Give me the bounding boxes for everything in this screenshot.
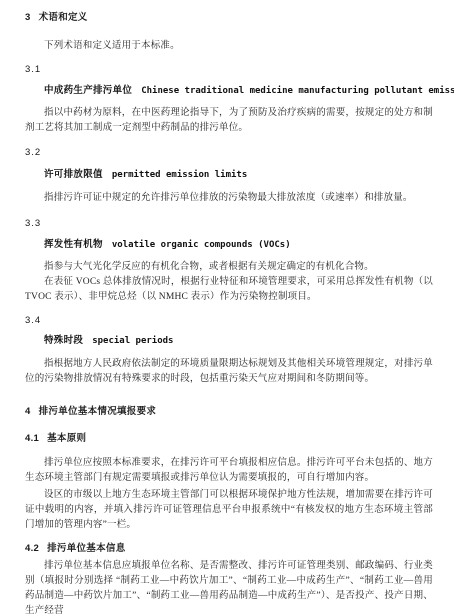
section-4-2-paragraph-1: 排污单位基本信息应填报单位名称、是否需整改、排污许可证管理类别、邮政编码、行业类… [25,559,433,616]
term-3-2: 许可排放限值permitted emission limits [25,167,433,183]
section-4-heading: 4排污单位基本情况填报要求 [25,404,433,419]
clause-3-2-number: 3.2 [25,145,433,160]
term-3-4-definition: 指根据地方人民政府依法制定的环境质量限期达标规划及其他相关环境管理规定，对排污单… [25,357,433,387]
section-4-2-heading: 4.2排污单位基本信息 [25,541,433,556]
term-3-3-chinese: 挥发性有机物 [44,239,103,250]
section-3-number: 3 [25,12,31,23]
term-3-1-english: Chinese traditional medicine manufacturi… [141,86,454,96]
term-3-2-english: permitted emission limits [112,170,247,180]
section-4-title: 排污单位基本情况填报要求 [39,406,157,417]
term-3-3-definition-2: 在表征 VOCs 总体排放情况时，根据行业特征和环境管理要求，可采用总挥发性有机… [25,275,433,305]
term-3-3: 挥发性有机物volatile organic compounds (VOCs) [25,237,433,253]
document-page: 3术语和定义 下列术语和定义适用于本标准。 3.1 中成药生产排污单位Chine… [0,0,454,616]
section-4-1-heading: 4.1基本原则 [25,431,433,446]
term-3-3-definition-1: 指参与大气光化学反应的有机化合物，或者根据有关规定确定的有机化合物。 [25,260,433,275]
section-4-1-number: 4.1 [25,433,39,444]
section-3-intro: 下列术语和定义适用于本标准。 [25,39,433,54]
section-3-heading: 3术语和定义 [25,10,433,25]
term-3-4-english: special periods [92,336,173,346]
clause-3-4-number: 3.4 [25,313,433,328]
term-3-1: 中成药生产排污单位Chinese traditional medicine ma… [25,83,433,99]
section-4-2-number: 4.2 [25,543,39,554]
clause-3-3-number: 3.3 [25,216,433,231]
term-3-2-definition: 指排污许可证中规定的允许排污单位排放的污染物最大排放浓度（或速率）和排放量。 [25,191,433,206]
term-3-4-chinese: 特殊时段 [44,335,83,346]
section-4-2-title: 排污单位基本信息 [47,543,125,554]
term-3-3-english: volatile organic compounds (VOCs) [112,240,291,250]
section-4-1-paragraph-2: 设区的市级以上地方生态环境主管部门可以根据环境保护地方性法规，增加需要在排污许可… [25,488,433,533]
term-3-1-definition: 指以中药材为原料，在中医药理论指导下，为了预防及治疗疾病的需要，按规定的处方和制… [25,106,433,136]
term-3-4: 特殊时段special periods [25,333,433,349]
section-3-title: 术语和定义 [39,12,88,23]
section-4-number: 4 [25,406,31,417]
term-3-2-chinese: 许可排放限值 [44,169,103,180]
section-4-1-paragraph-1: 排污单位应按照本标准要求，在排污许可平台填报相应信息。排污许可平台未包括的、地方… [25,456,433,486]
clause-3-1-number: 3.1 [25,62,433,77]
term-3-1-chinese: 中成药生产排污单位 [44,85,132,96]
section-4-1-title: 基本原则 [47,433,86,444]
